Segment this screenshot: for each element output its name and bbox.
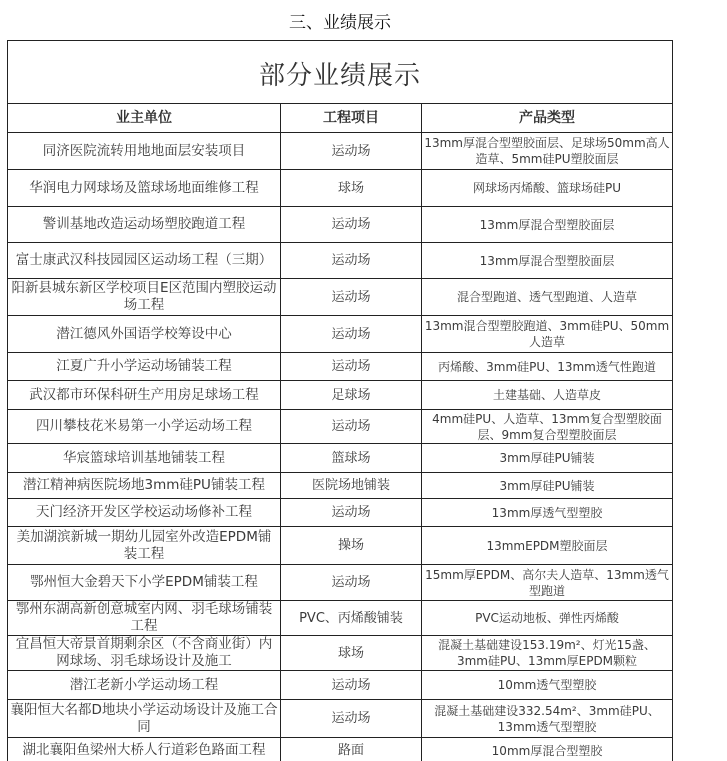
product-cell: 13mm厚混合型塑胶面层 — [422, 207, 673, 243]
table-row: 警训基地改造运动场塑胶跑道工程运动场13mm厚混合型塑胶面层 — [8, 207, 673, 243]
product-cell: 混合型跑道、透气型跑道、人造草 — [422, 279, 673, 316]
project-cell: 球场 — [281, 636, 422, 671]
owner-cell: 宜昌恒大帝景首期剩余区（不含商业街）内网球场、羽毛球场设计及施工 — [8, 636, 281, 671]
product-cell: 3mm厚硅PU铺装 — [422, 444, 673, 473]
table-row: 同济医院流转用地地面层安装项目运动场13mm厚混合型塑胶面层、足球场50mm高人… — [8, 133, 673, 170]
table-row: 富士康武汉科技园园区运动场工程（三期）运动场13mm厚混合型塑胶面层 — [8, 243, 673, 279]
product-cell: 丙烯酸、3mm硅PU、13mm透气性跑道 — [422, 353, 673, 381]
table-row: 潜江德风外国语学校筹设中心运动场13mm混合型塑胶跑道、3mm硅PU、50mm人… — [8, 316, 673, 353]
product-cell: PVC运动地板、弹性丙烯酸 — [422, 601, 673, 636]
product-cell: 10mm厚混合型塑胶 — [422, 738, 673, 761]
table-title: 部分业绩展示 — [8, 41, 673, 104]
project-cell: 运动场 — [281, 410, 422, 444]
project-cell: 运动场 — [281, 243, 422, 279]
table-row: 潜江老新小学运动场工程运动场10mm透气型塑胶 — [8, 671, 673, 700]
owner-cell: 美加湖滨新城一期幼儿园室外改造EPDM铺装工程 — [8, 527, 281, 565]
owner-cell: 华宸篮球培训基地铺装工程 — [8, 444, 281, 473]
owner-cell: 潜江精神病医院场地3mm硅PU铺装工程 — [8, 473, 281, 499]
table-row: 鄂州恒大金碧天下小学EPDM铺装工程运动场15mm厚EPDM、高尔夫人造草、13… — [8, 565, 673, 601]
owner-cell: 天门经济开发区学校运动场修补工程 — [8, 499, 281, 527]
table-row: 武汉都市环保科研生产用房足球场工程足球场土建基础、人造草皮 — [8, 381, 673, 410]
table-row: 美加湖滨新城一期幼儿园室外改造EPDM铺装工程操场13mmEPDM塑胶面层 — [8, 527, 673, 565]
column-header-project: 工程项目 — [281, 104, 422, 133]
project-cell: 球场 — [281, 170, 422, 207]
project-cell: 运动场 — [281, 353, 422, 381]
owner-cell: 警训基地改造运动场塑胶跑道工程 — [8, 207, 281, 243]
product-cell: 混凝土基础建设332.54m²、3mm硅PU、13mm透气型塑胶 — [422, 700, 673, 738]
owner-cell: 同济医院流转用地地面层安装项目 — [8, 133, 281, 170]
product-cell: 混凝土基础建设153.19m²、灯光15盏、3mm硅PU、13mm厚EPDM颗粒 — [422, 636, 673, 671]
table-title-row: 部分业绩展示 — [8, 41, 673, 104]
owner-cell: 富士康武汉科技园园区运动场工程（三期） — [8, 243, 281, 279]
project-cell: 医院场地铺装 — [281, 473, 422, 499]
table-row: 潜江精神病医院场地3mm硅PU铺装工程医院场地铺装3mm厚硅PU铺装 — [8, 473, 673, 499]
table-row: 湖北襄阳鱼梁州大桥人行道彩色路面工程路面10mm厚混合型塑胶 — [8, 738, 673, 761]
product-cell: 13mm厚混合型塑胶面层 — [422, 243, 673, 279]
column-header-owner: 业主单位 — [8, 104, 281, 133]
product-cell: 13mm厚透气型塑胶 — [422, 499, 673, 527]
owner-cell: 潜江德风外国语学校筹设中心 — [8, 316, 281, 353]
project-cell: 运动场 — [281, 671, 422, 700]
table-row: 天门经济开发区学校运动场修补工程运动场13mm厚透气型塑胶 — [8, 499, 673, 527]
project-cell: 运动场 — [281, 700, 422, 738]
table-row: 江夏广升小学运动场铺装工程运动场丙烯酸、3mm硅PU、13mm透气性跑道 — [8, 353, 673, 381]
product-cell: 土建基础、人造草皮 — [422, 381, 673, 410]
product-cell: 10mm透气型塑胶 — [422, 671, 673, 700]
product-cell: 15mm厚EPDM、高尔夫人造草、13mm透气型跑道 — [422, 565, 673, 601]
table-header-row: 业主单位 工程项目 产品类型 — [8, 104, 673, 133]
product-cell: 网球场丙烯酸、篮球场硅PU — [422, 170, 673, 207]
owner-cell: 四川攀枝花米易第一小学运动场工程 — [8, 410, 281, 444]
owner-cell: 潜江老新小学运动场工程 — [8, 671, 281, 700]
owner-cell: 华润电力网球场及篮球场地面维修工程 — [8, 170, 281, 207]
owner-cell: 阳新县城东新区学校项目E区范围内塑胶运动场工程 — [8, 279, 281, 316]
table-body: 同济医院流转用地地面层安装项目运动场13mm厚混合型塑胶面层、足球场50mm高人… — [8, 133, 673, 761]
product-cell: 13mm混合型塑胶跑道、3mm硅PU、50mm人造草 — [422, 316, 673, 353]
project-cell: 篮球场 — [281, 444, 422, 473]
table-row: 襄阳恒大名都D地块小学运动场设计及施工合同运动场混凝土基础建设332.54m²、… — [8, 700, 673, 738]
table-row: 鄂州东湖高新创意城室内网、羽毛球场铺装工程PVC、丙烯酸铺装PVC运动地板、弹性… — [8, 601, 673, 636]
table-row: 阳新县城东新区学校项目E区范围内塑胶运动场工程运动场混合型跑道、透气型跑道、人造… — [8, 279, 673, 316]
project-cell: 运动场 — [281, 499, 422, 527]
project-cell: 运动场 — [281, 279, 422, 316]
project-cell: 操场 — [281, 527, 422, 565]
column-header-product: 产品类型 — [422, 104, 673, 133]
project-cell: 运动场 — [281, 316, 422, 353]
project-cell: 运动场 — [281, 133, 422, 170]
table-row: 华宸篮球培训基地铺装工程篮球场3mm厚硅PU铺装 — [8, 444, 673, 473]
table-row: 宜昌恒大帝景首期剩余区（不含商业街）内网球场、羽毛球场设计及施工球场混凝土基础建… — [8, 636, 673, 671]
project-cell: 运动场 — [281, 565, 422, 601]
table-row: 四川攀枝花米易第一小学运动场工程运动场4mm硅PU、人造草、13mm复合型塑胶面… — [8, 410, 673, 444]
product-cell: 13mmEPDM塑胶面层 — [422, 527, 673, 565]
owner-cell: 鄂州东湖高新创意城室内网、羽毛球场铺装工程 — [8, 601, 281, 636]
owner-cell: 襄阳恒大名都D地块小学运动场设计及施工合同 — [8, 700, 281, 738]
project-cell: 足球场 — [281, 381, 422, 410]
performance-table: 部分业绩展示 业主单位 工程项目 产品类型 同济医院流转用地地面层安装项目运动场… — [7, 40, 673, 761]
owner-cell: 武汉都市环保科研生产用房足球场工程 — [8, 381, 281, 410]
project-cell: 运动场 — [281, 207, 422, 243]
project-cell: 路面 — [281, 738, 422, 761]
table-row: 华润电力网球场及篮球场地面维修工程球场网球场丙烯酸、篮球场硅PU — [8, 170, 673, 207]
product-cell: 4mm硅PU、人造草、13mm复合型塑胶面层、9mm复合型塑胶面层 — [422, 410, 673, 444]
owner-cell: 湖北襄阳鱼梁州大桥人行道彩色路面工程 — [8, 738, 281, 761]
owner-cell: 鄂州恒大金碧天下小学EPDM铺装工程 — [8, 565, 281, 601]
section-heading: 三、业绩展示 — [0, 8, 680, 33]
product-cell: 13mm厚混合型塑胶面层、足球场50mm高人造草、5mm硅PU塑胶面层 — [422, 133, 673, 170]
product-cell: 3mm厚硅PU铺装 — [422, 473, 673, 499]
owner-cell: 江夏广升小学运动场铺装工程 — [8, 353, 281, 381]
project-cell: PVC、丙烯酸铺装 — [281, 601, 422, 636]
